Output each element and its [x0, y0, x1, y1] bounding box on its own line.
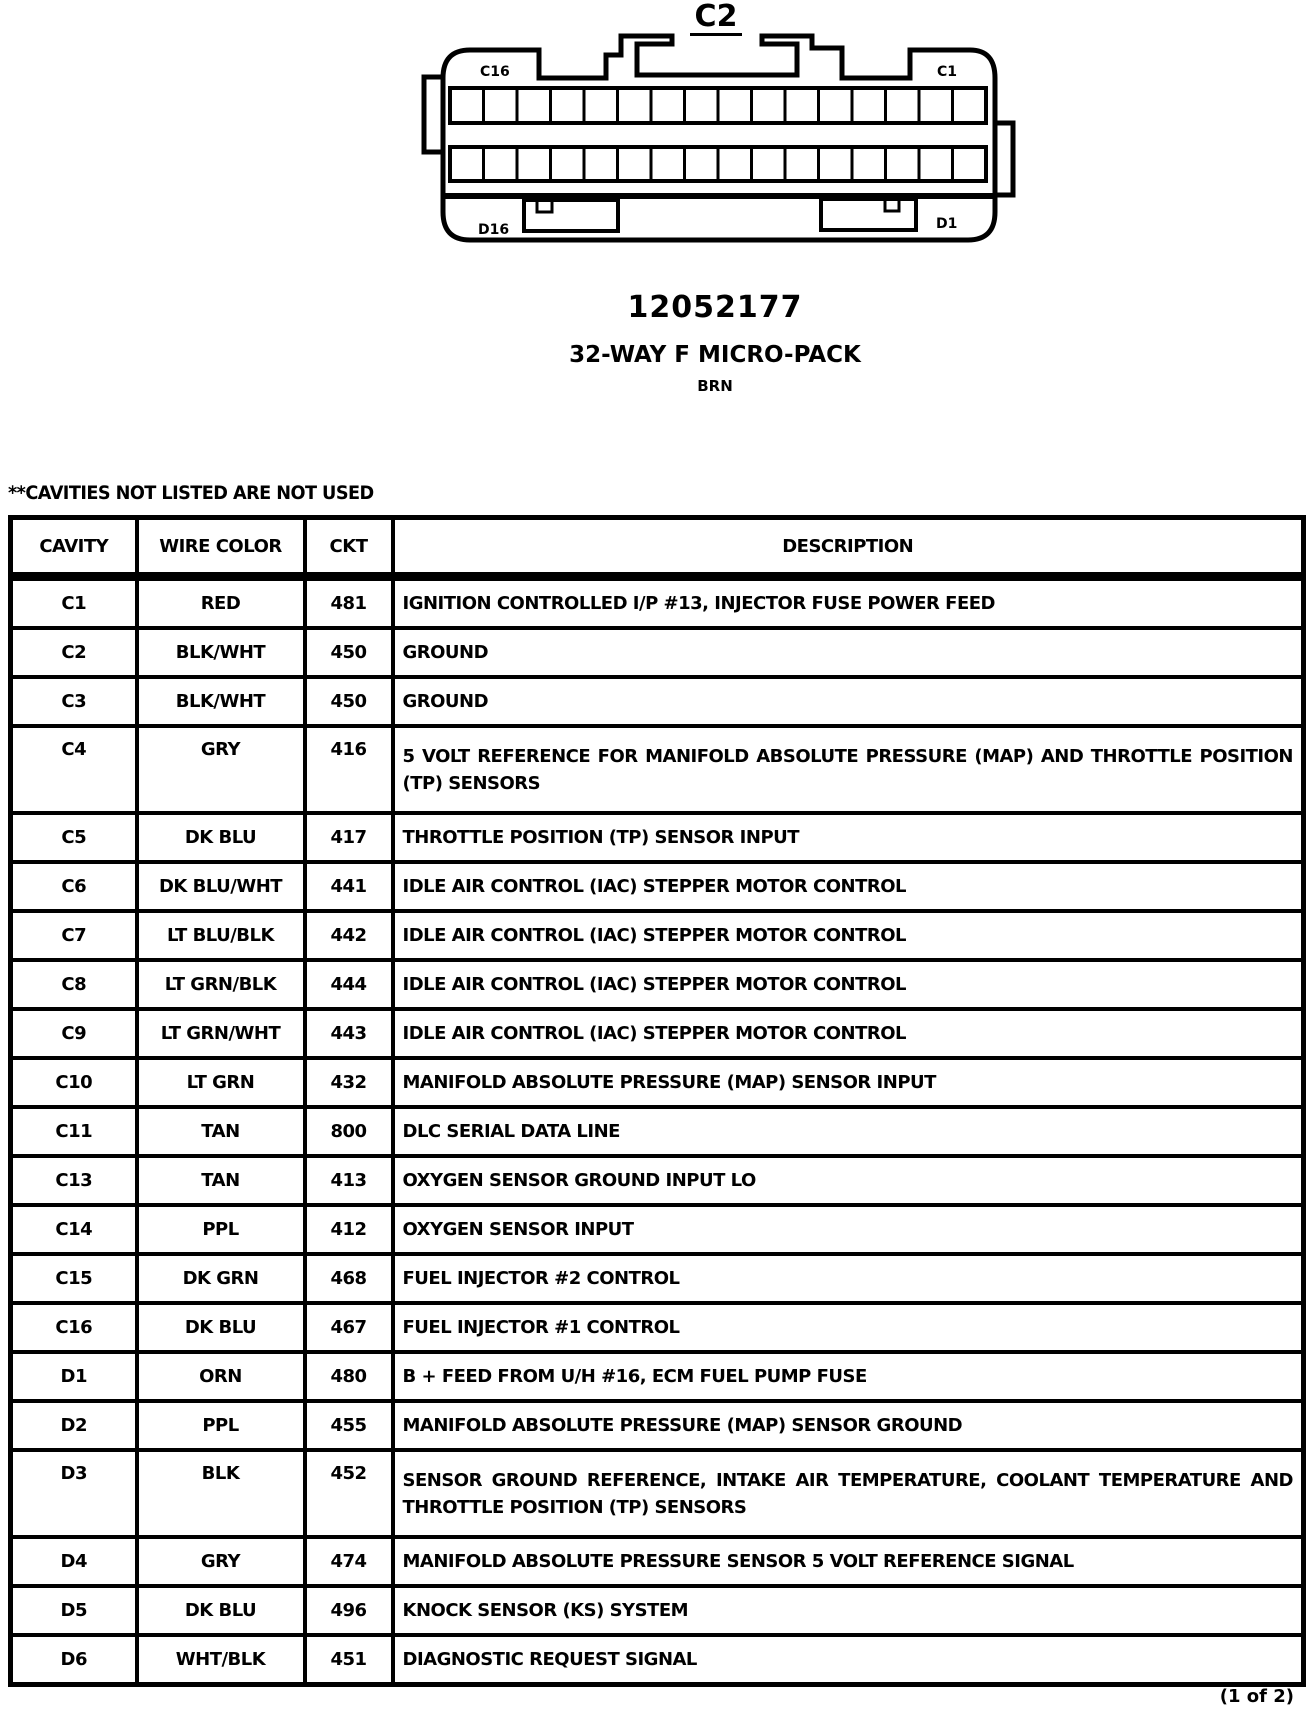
cell-description: B + FEED FROM U/H #16, ECM FUEL PUMP FUS… [393, 1352, 1304, 1401]
cell-description: MANIFOLD ABSOLUTE PRESSURE (MAP) SENSOR … [393, 1401, 1304, 1450]
connector-color: BRN [0, 377, 1312, 395]
cell-description: DLC SERIAL DATA LINE [393, 1107, 1304, 1156]
cell-cavity: C3 [11, 677, 137, 726]
table-row: C2BLK/WHT450GROUND [11, 628, 1304, 677]
pinout-table: CAVITY WIRE COLOR CKT DESCRIPTION C1RED4… [8, 515, 1306, 1687]
cell-wire-color: WHT/BLK [137, 1635, 305, 1685]
cell-cavity: C16 [11, 1303, 137, 1352]
cell-description: MANIFOLD ABSOLUTE PRESSURE (MAP) SENSOR … [393, 1058, 1304, 1107]
header-description: DESCRIPTION [393, 518, 1304, 577]
cell-wire-color: LT GRN [137, 1058, 305, 1107]
cell-wire-color: PPL [137, 1401, 305, 1450]
cell-ckt: 450 [305, 677, 393, 726]
cell-ckt: 468 [305, 1254, 393, 1303]
cell-description: MANIFOLD ABSOLUTE PRESSURE SENSOR 5 VOLT… [393, 1537, 1304, 1586]
cell-cavity: C5 [11, 813, 137, 862]
cell-wire-color: GRY [137, 726, 305, 813]
cell-wire-color: DK BLU [137, 1303, 305, 1352]
cell-ckt: 442 [305, 911, 393, 960]
cell-cavity: C11 [11, 1107, 137, 1156]
unused-cavities-note: **CAVITIES NOT LISTED ARE NOT USED [8, 482, 374, 504]
cell-wire-color: DK BLU/WHT [137, 862, 305, 911]
cell-description: OXYGEN SENSOR INPUT [393, 1205, 1304, 1254]
cell-description: IDLE AIR CONTROL (IAC) STEPPER MOTOR CON… [393, 960, 1304, 1009]
cell-wire-color: TAN [137, 1156, 305, 1205]
cell-cavity: C14 [11, 1205, 137, 1254]
table-row: D4GRY474MANIFOLD ABSOLUTE PRESSURE SENSO… [11, 1537, 1304, 1586]
cell-ckt: 443 [305, 1009, 393, 1058]
page-indicator: (1 of 2) [1220, 1686, 1294, 1707]
cell-wire-color: LT BLU/BLK [137, 911, 305, 960]
table-row: C13TAN413OXYGEN SENSOR GROUND INPUT LO [11, 1156, 1304, 1205]
table-row: C11TAN800DLC SERIAL DATA LINE [11, 1107, 1304, 1156]
cell-wire-color: GRY [137, 1537, 305, 1586]
cell-ckt: 480 [305, 1352, 393, 1401]
cell-ckt: 451 [305, 1635, 393, 1685]
cell-wire-color: DK GRN [137, 1254, 305, 1303]
cell-ckt: 452 [305, 1450, 393, 1537]
table-row: C15DK GRN468FUEL INJECTOR #2 CONTROL [11, 1254, 1304, 1303]
cell-description: IGNITION CONTROLLED I/P #13, INJECTOR FU… [393, 577, 1304, 629]
table-row: C16DK BLU467FUEL INJECTOR #1 CONTROL [11, 1303, 1304, 1352]
cell-ckt: 800 [305, 1107, 393, 1156]
table-body: C1RED481IGNITION CONTROLLED I/P #13, INJ… [11, 577, 1304, 1685]
table-row: C9LT GRN/WHT443IDLE AIR CONTROL (IAC) ST… [11, 1009, 1304, 1058]
table-row: C4GRY4165 VOLT REFERENCE FOR MANIFOLD AB… [11, 726, 1304, 813]
table-row: D6WHT/BLK451DIAGNOSTIC REQUEST SIGNAL [11, 1635, 1304, 1685]
cell-cavity: C4 [11, 726, 137, 813]
cell-cavity: D4 [11, 1537, 137, 1586]
cell-wire-color: TAN [137, 1107, 305, 1156]
cell-ckt: 481 [305, 577, 393, 629]
cell-wire-color: DK BLU [137, 1586, 305, 1635]
cell-ckt: 412 [305, 1205, 393, 1254]
cell-cavity: C8 [11, 960, 137, 1009]
cell-description: GROUND [393, 628, 1304, 677]
table-row: D5DK BLU496KNOCK SENSOR (KS) SYSTEM [11, 1586, 1304, 1635]
cell-cavity: D6 [11, 1635, 137, 1685]
cell-cavity: D1 [11, 1352, 137, 1401]
cell-cavity: D2 [11, 1401, 137, 1450]
cell-description: IDLE AIR CONTROL (IAC) STEPPER MOTOR CON… [393, 862, 1304, 911]
cell-ckt: 496 [305, 1586, 393, 1635]
cell-description: IDLE AIR CONTROL (IAC) STEPPER MOTOR CON… [393, 911, 1304, 960]
cell-wire-color: ORN [137, 1352, 305, 1401]
cell-ckt: 455 [305, 1401, 393, 1450]
cell-ckt: 450 [305, 628, 393, 677]
table-row: C8LT GRN/BLK444IDLE AIR CONTROL (IAC) ST… [11, 960, 1304, 1009]
cell-wire-color: BLK/WHT [137, 628, 305, 677]
cell-ckt: 432 [305, 1058, 393, 1107]
table-row: C5DK BLU417THROTTLE POSITION (TP) SENSOR… [11, 813, 1304, 862]
cell-wire-color: PPL [137, 1205, 305, 1254]
cell-ckt: 467 [305, 1303, 393, 1352]
cell-wire-color: BLK/WHT [137, 677, 305, 726]
cell-description: OXYGEN SENSOR GROUND INPUT LO [393, 1156, 1304, 1205]
cavity-label-c1: C1 [937, 64, 957, 80]
cell-cavity: C7 [11, 911, 137, 960]
connector-type: 32-WAY F MICRO-PACK [0, 342, 1312, 368]
table-row: C10LT GRN432MANIFOLD ABSOLUTE PRESSURE (… [11, 1058, 1304, 1107]
cell-cavity: C15 [11, 1254, 137, 1303]
table-row: D3BLK452SENSOR GROUND REFERENCE, INTAKE … [11, 1450, 1304, 1537]
cell-cavity: D3 [11, 1450, 137, 1537]
cell-cavity: C2 [11, 628, 137, 677]
cell-description: SENSOR GROUND REFERENCE, INTAKE AIR TEMP… [393, 1450, 1304, 1537]
cell-wire-color: LT GRN/WHT [137, 1009, 305, 1058]
header-ckt: CKT [305, 518, 393, 577]
connector-diagram: C2 C16 C1 D16 D1 [0, 0, 1312, 250]
cell-cavity: D5 [11, 1586, 137, 1635]
cell-description: FUEL INJECTOR #2 CONTROL [393, 1254, 1304, 1303]
part-number: 12052177 [0, 290, 1312, 325]
table-row: C1RED481IGNITION CONTROLLED I/P #13, INJ… [11, 577, 1304, 629]
cavity-label-d1: D1 [936, 216, 957, 232]
cell-description: DIAGNOSTIC REQUEST SIGNAL [393, 1635, 1304, 1685]
cell-description: FUEL INJECTOR #1 CONTROL [393, 1303, 1304, 1352]
cell-description: 5 VOLT REFERENCE FOR MANIFOLD ABSOLUTE P… [393, 726, 1304, 813]
table-row: D2PPL455MANIFOLD ABSOLUTE PRESSURE (MAP)… [11, 1401, 1304, 1450]
table-row: C7LT BLU/BLK442IDLE AIR CONTROL (IAC) ST… [11, 911, 1304, 960]
cell-description: GROUND [393, 677, 1304, 726]
table-header-row: CAVITY WIRE COLOR CKT DESCRIPTION [11, 518, 1304, 577]
cell-description: THROTTLE POSITION (TP) SENSOR INPUT [393, 813, 1304, 862]
table-row: D1ORN480B + FEED FROM U/H #16, ECM FUEL … [11, 1352, 1304, 1401]
cell-cavity: C9 [11, 1009, 137, 1058]
cell-ckt: 416 [305, 726, 393, 813]
cell-ckt: 441 [305, 862, 393, 911]
connector-outline [0, 0, 1312, 250]
cell-ckt: 444 [305, 960, 393, 1009]
header-cavity: CAVITY [11, 518, 137, 577]
cell-ckt: 474 [305, 1537, 393, 1586]
cell-description: IDLE AIR CONTROL (IAC) STEPPER MOTOR CON… [393, 1009, 1304, 1058]
cavity-label-d16: D16 [478, 222, 509, 238]
cell-cavity: C13 [11, 1156, 137, 1205]
header-wire-color: WIRE COLOR [137, 518, 305, 577]
cell-cavity: C1 [11, 577, 137, 629]
cell-wire-color: RED [137, 577, 305, 629]
cell-cavity: C10 [11, 1058, 137, 1107]
cell-wire-color: BLK [137, 1450, 305, 1537]
cell-wire-color: DK BLU [137, 813, 305, 862]
cell-cavity: C6 [11, 862, 137, 911]
table-row: C6DK BLU/WHT441IDLE AIR CONTROL (IAC) ST… [11, 862, 1304, 911]
table-row: C14PPL412OXYGEN SENSOR INPUT [11, 1205, 1304, 1254]
cell-ckt: 413 [305, 1156, 393, 1205]
cell-description: KNOCK SENSOR (KS) SYSTEM [393, 1586, 1304, 1635]
table-row: C3BLK/WHT450GROUND [11, 677, 1304, 726]
cavity-label-c16: C16 [480, 64, 510, 80]
cell-wire-color: LT GRN/BLK [137, 960, 305, 1009]
cell-ckt: 417 [305, 813, 393, 862]
